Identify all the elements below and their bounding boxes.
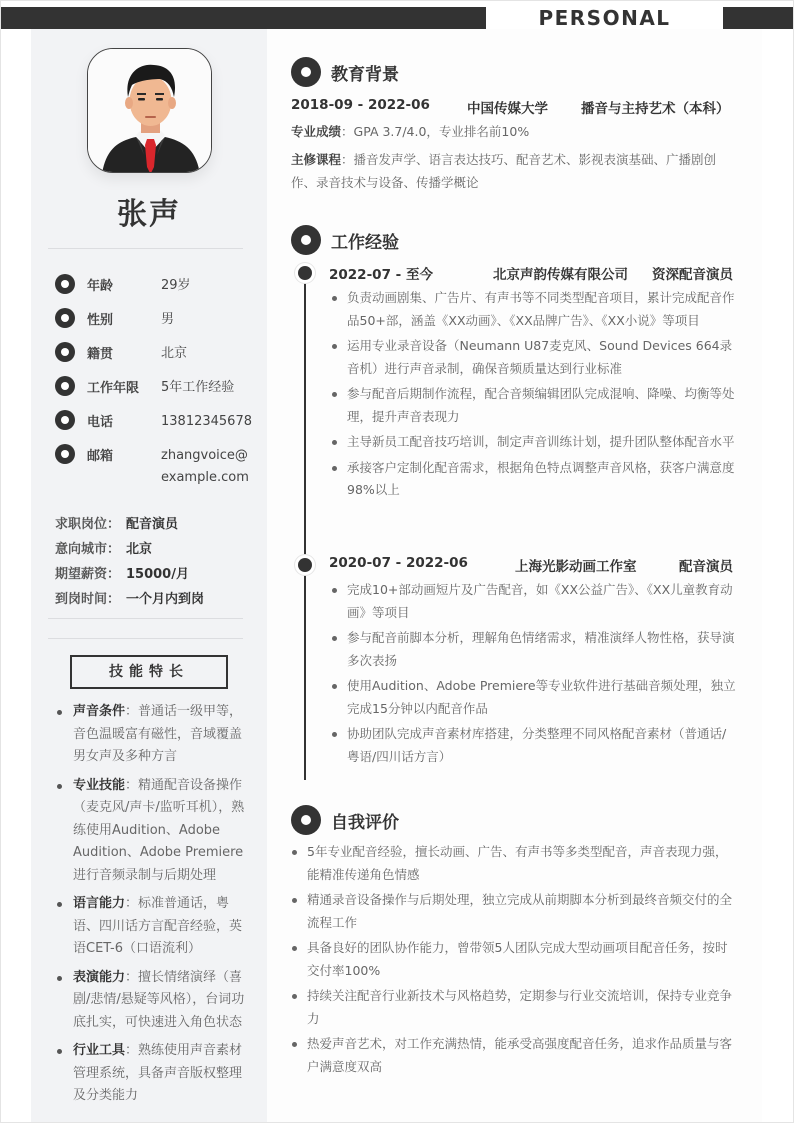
email-value[interactable]: zhangvoice@example.com	[161, 445, 261, 489]
courses-value: ：播音发声学、语言表达技巧、配音艺术、影视表演基础、广播剧创作、录音技术与设备、…	[291, 152, 716, 190]
job-bullet: 运用专业录音设备（Neumann U87麦克风、Sound Devices 66…	[329, 335, 737, 380]
info-row-phone: 电话 13812345678	[55, 410, 255, 430]
email-line-1: zhangvoice@	[161, 448, 248, 463]
self-eval-item: 5年专业配音经验，擅长动画、广告、有声书等多类型配音，声音表现力强，能精准传递角…	[289, 841, 735, 886]
courses-label: 主修课程	[291, 152, 341, 167]
job-intent-start: 到岗时间： 一个月内到岗	[55, 588, 120, 607]
info-label: 年龄	[87, 275, 113, 294]
timeline-dot-icon	[298, 266, 312, 280]
job-bullet: 主导新员工配音技巧培训，制定声音训练计划，提升团队整体配音水平	[329, 431, 737, 454]
info-row-gender: 性别 男	[55, 308, 255, 328]
skill-name: 行业工具	[73, 1043, 125, 1058]
timeline-dot-icon	[298, 558, 312, 572]
info-value: 29岁	[161, 275, 261, 297]
info-label: 籍贯	[87, 343, 113, 362]
info-row-experience: 工作年限 5年工作经验	[55, 376, 255, 396]
section-circle-icon	[291, 225, 321, 255]
edu-grades: 专业成绩：GPA 3.7/4.0，专业排名前10%	[291, 121, 736, 144]
job-bullet: 参与配音前脚本分析，理解角色情绪需求，精准演绎人物性格，获导演多次表扬	[329, 627, 737, 672]
bullet-circle-icon	[55, 274, 75, 294]
skill-name: 语言能力	[73, 896, 125, 911]
info-row-email: 邮箱 zhangvoice@example.com	[55, 444, 255, 488]
job-intent-salary: 期望薪资： 15000/月	[55, 563, 120, 582]
bullet-circle-icon	[55, 342, 75, 362]
job-bullet: 协助团队完成声音素材库搭建，分类整理不同风格配音素材（普通话/粤语/四川话方言）	[329, 723, 737, 768]
skill-name: 声音条件	[73, 704, 125, 719]
section-title: 工作经验	[331, 228, 399, 253]
separator: ：	[125, 778, 138, 793]
self-eval-list: 5年专业配音经验，擅长动画、广告、有声书等多类型配音，声音表现力强，能精准传递角…	[289, 841, 735, 1081]
info-value: 5年工作经验	[161, 377, 261, 399]
intent-label: 意向城市：	[55, 542, 120, 557]
divider	[48, 248, 243, 249]
self-eval-item: 具备良好的团队协作能力，曾带领5人团队完成大型动画项目配音任务，按时交付率100…	[289, 937, 735, 982]
job-bullet: 完成10+部动画短片及广告配音，如《XX公益广告》、《XX儿童教育动画》等项目	[329, 579, 737, 624]
info-value: 北京	[161, 343, 261, 365]
job-company: 上海光影动画工作室	[515, 555, 637, 575]
job-header: 2020-07 - 2022-06 上海光影动画工作室 配音演员	[329, 555, 733, 575]
intent-label: 期望薪资：	[55, 567, 120, 582]
intent-value: 北京	[126, 538, 152, 557]
grades-label: 专业成绩	[291, 124, 341, 139]
resume-title: PERSONAL RESUME	[486, 5, 723, 31]
job-bullets: 完成10+部动画短片及广告配音，如《XX公益广告》、《XX儿童教育动画》等项目 …	[329, 579, 737, 771]
bullet-circle-icon	[55, 410, 75, 430]
phone-value[interactable]: 13812345678	[161, 411, 261, 433]
skill-name: 表演能力	[73, 970, 125, 985]
skill-name: 专业技能	[73, 778, 125, 793]
intent-label: 求职岗位：	[55, 517, 120, 532]
info-label: 邮箱	[87, 445, 113, 464]
self-eval-item: 热爱声音艺术，对工作充满热情，能承受高强度配音任务，追求作品质量与客户满意度双高	[289, 1033, 735, 1078]
intent-value: 配音演员	[126, 513, 178, 532]
email-line-2: example.com	[161, 470, 249, 485]
divider	[48, 618, 243, 619]
skill-text: 精通配音设备操作（麦克风/声卡/监听耳机），熟练使用Audition、Adobe…	[73, 778, 244, 883]
job-intent-position: 求职岗位： 配音演员	[55, 513, 120, 532]
info-label: 工作年限	[87, 377, 139, 396]
sidebar: 张声 年龄 29岁 性别 男 籍贯 北京 工作年限 5年工作经验 电话 1381…	[31, 29, 267, 1122]
education-row: 2018-09 - 2022-06 中国传媒大学 播音与主持艺术（本科）	[291, 97, 731, 117]
self-eval-item: 精通录音设备操作与后期处理，独立完成从前期脚本分析到最终音频交付的全流程工作	[289, 889, 735, 934]
info-label: 性别	[87, 309, 113, 328]
bullet-circle-icon	[55, 376, 75, 396]
skill-item: 行业工具：熟练使用声音素材管理系统，具备声音版权整理及分类能力	[55, 1040, 245, 1108]
intent-value: 15000/月	[126, 563, 189, 582]
skill-item: 表演能力：擅长情绪演绎（喜剧/悲情/悬疑等风格），台词功底扎实，可快速进入角色状…	[55, 967, 245, 1035]
section-circle-icon	[291, 57, 321, 87]
bullet-circle-icon	[55, 444, 75, 464]
job-company: 北京声韵传媒有限公司	[493, 263, 628, 283]
job-role: 配音演员	[679, 555, 733, 575]
skills-list: 声音条件：普通话一级甲等，音色温暖富有磁性，音域覆盖男女声及多种方言 专业技能：…	[55, 701, 245, 1114]
job-bullet: 负责动画剧集、广告片、有声书等不同类型配音项目，累计完成配音作品50+部，涵盖《…	[329, 287, 737, 332]
bullet-circle-icon	[55, 308, 75, 328]
intent-label: 到岗时间：	[55, 592, 120, 607]
edu-period: 2018-09 - 2022-06	[291, 97, 430, 113]
job-period: 2022-07 - 至今	[329, 263, 433, 283]
skill-item: 语言能力：标准普通话，粤语、四川话方言配音经验，英语CET-6（口语流利）	[55, 893, 245, 961]
separator: ：	[125, 896, 138, 911]
timeline-line	[304, 273, 306, 780]
header-banner: PERSONAL RESUME	[1, 7, 793, 29]
job-role: 资深配音演员	[652, 263, 733, 283]
section-circle-icon	[291, 805, 321, 835]
section-title: 自我评价	[331, 808, 399, 833]
intent-value: 一个月内到岗	[126, 588, 204, 607]
self-eval-item: 持续关注配音行业新技术与风格趋势，定期参与行业交流培训，保持专业竞争力	[289, 985, 735, 1030]
job-bullets: 负责动画剧集、广告片、有声书等不同类型配音项目，累计完成配音作品50+部，涵盖《…	[329, 287, 737, 505]
skills-title: 技能特长	[70, 655, 228, 689]
info-row-hometown: 籍贯 北京	[55, 342, 255, 362]
separator: ：	[125, 970, 138, 985]
edu-school: 中国传媒大学	[467, 97, 548, 117]
skill-item: 专业技能：精通配音设备操作（麦克风/声卡/监听耳机），熟练使用Audition、…	[55, 775, 245, 888]
separator: ：	[125, 1043, 138, 1058]
job-bullet: 使用Audition、Adobe Premiere等专业软件进行基础音频处理，独…	[329, 675, 737, 720]
edu-major: 播音与主持艺术（本科）	[581, 97, 730, 117]
skill-item: 声音条件：普通话一级甲等，音色温暖富有磁性，音域覆盖男女声及多种方言	[55, 701, 245, 769]
edu-courses: 主修课程：播音发声学、语言表达技巧、配音艺术、影视表演基础、广播剧创作、录音技术…	[291, 149, 736, 194]
job-header: 2022-07 - 至今 北京声韵传媒有限公司 资深配音演员	[329, 263, 733, 283]
main-content: 教育背景 2018-09 - 2022-06 中国传媒大学 播音与主持艺术（本科…	[267, 29, 762, 1122]
job-period: 2020-07 - 2022-06	[329, 555, 468, 571]
job-bullet: 承接客户定制化配音需求，根据角色特点调整声音风格，获客户满意度98%以上	[329, 457, 737, 502]
job-bullet: 参与配音后期制作流程，配合音频编辑团队完成混响、降噪、均衡等处理，提升声音表现力	[329, 383, 737, 428]
job-intent-city: 意向城市： 北京	[55, 538, 120, 557]
divider	[48, 638, 243, 639]
separator: ：	[125, 704, 138, 719]
avatar-portrait-icon	[88, 49, 212, 173]
banner-bar-right	[723, 7, 793, 29]
info-label: 电话	[87, 411, 113, 430]
avatar	[87, 48, 212, 173]
candidate-name: 张声	[31, 189, 267, 233]
info-row-age: 年龄 29岁	[55, 274, 255, 294]
grades-value: ：GPA 3.7/4.0，专业排名前10%	[341, 124, 529, 139]
section-title: 教育背景	[331, 60, 399, 85]
banner-bar-left	[1, 7, 486, 29]
info-value: 男	[161, 309, 261, 331]
